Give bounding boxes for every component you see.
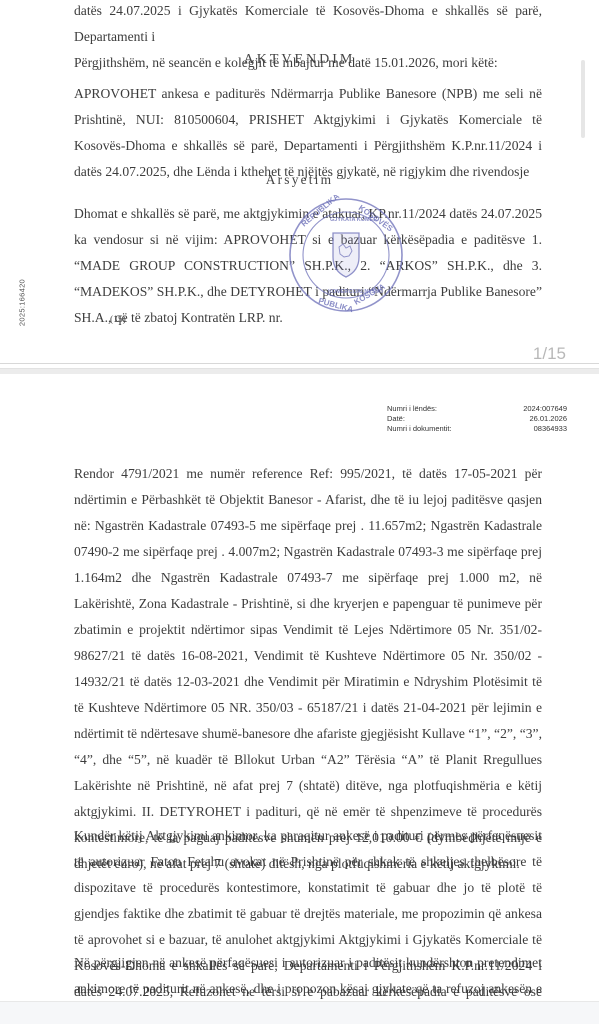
- meta-value: 2024:007649: [523, 404, 567, 414]
- svg-text:PUBLIKA: PUBLIKA: [317, 296, 354, 314]
- viewer-bottom-bar: [0, 1001, 599, 1024]
- meta-label: Numri i lëndës:: [387, 404, 437, 414]
- meta-date: Datë: 26.01.2026: [387, 414, 567, 424]
- side-stamp-number: 2025:166420: [18, 273, 27, 333]
- meta-case-number: Numri i lëndës: 2024:007649: [387, 404, 567, 414]
- meta-label: Datë:: [387, 414, 405, 424]
- meta-value: 08364933: [534, 424, 567, 434]
- svg-text:KOMERCIJALNI SUD: KOMERCIJALNI SUD: [328, 289, 383, 295]
- paragraph-judgment-continuation: Rendor 4791/2021 me numër reference Ref:…: [74, 461, 542, 877]
- scrollbar-thumb[interactable]: [581, 60, 585, 138]
- decision-paragraph: APROVOHET ankesa e paditurës Ndërmarrja …: [74, 81, 542, 185]
- intro-line-1: datës 24.07.2025 i Gjykatës Komerciale t…: [74, 3, 542, 44]
- page-indicator-line: [0, 363, 599, 364]
- svg-text:REPUBLIKA: REPUBLIKA: [300, 195, 342, 229]
- court-seal-icon: REPUBLIKA KOSOVËS PUBLIKA KOSOVA GJYKATA…: [286, 195, 406, 315]
- case-metadata-block: Numri i lëndës: 2024:007649 Datë: 26.01.…: [387, 404, 567, 434]
- heading-arsyetim: Arsyetim: [0, 172, 599, 188]
- meta-value: 26.01.2026: [529, 414, 567, 424]
- meta-document-number: Numri i dokumentit: 08364933: [387, 424, 567, 434]
- document-page-1: datës 24.07.2025 i Gjykatës Komerciale t…: [0, 0, 599, 368]
- heading-aktvendim: AKTVENDIM: [0, 52, 599, 68]
- page-footer-mark: (15): [110, 315, 126, 325]
- meta-label: Numri i dokumentit:: [387, 424, 452, 434]
- page-indicator: 1/15: [533, 344, 566, 364]
- svg-text:GJYKATA KOMER: GJYKATA KOMER: [330, 217, 377, 223]
